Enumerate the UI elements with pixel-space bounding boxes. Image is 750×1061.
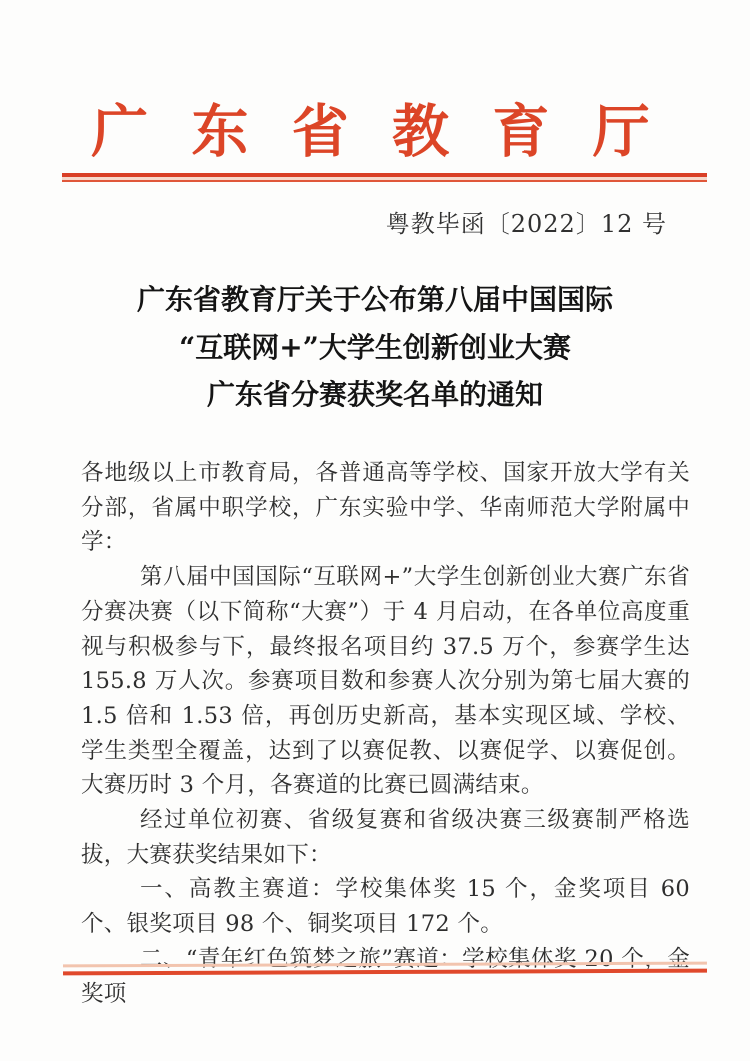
notice-title-line-3: 广东省分赛获奖名单的通知: [0, 371, 750, 419]
body-paragraph-selection: 经过单位初赛、省级复赛和省级决赛三级赛制严格选拔，大赛获奖结果如下：: [81, 803, 690, 872]
letterhead-divider-rule: [62, 173, 707, 182]
recipients-line: 各地级以上市教育局，各普通高等学校、国家开放大学有关分部，省属中职学校，广东实验…: [81, 456, 690, 560]
body-paragraph-track-2-awards: 二、“青年红色筑梦之旅”赛道：学校集体奖 20 个，金奖项: [81, 942, 690, 1011]
body-paragraph-overview: 第八届中国国际“互联网+”大学生创新创业大赛广东省分赛决赛（以下简称“大赛”）于…: [81, 560, 690, 803]
body-paragraph-track-1-awards: 一、高教主赛道：学校集体奖 15 个，金奖项目 60 个、银奖项目 98 个、铜…: [81, 872, 690, 941]
notice-title-line-1: 广东省教育厅关于公布第八届中国国际: [0, 276, 750, 324]
notice-title-line-2: “互联网+”大学生创新创业大赛: [0, 324, 750, 372]
doc-number: 粤教毕函〔2022〕12 号: [386, 204, 667, 239]
notice-body: 各地级以上市教育局，各普通高等学校、国家开放大学有关分部，省属中职学校，广东实验…: [81, 456, 690, 1011]
agency-name: 广东省教育厅: [0, 86, 750, 168]
notice-document-page: 广东省教育厅 粤教毕函〔2022〕12 号 广东省教育厅关于公布第八届中国国际 …: [0, 0, 750, 1061]
notice-title: 广东省教育厅关于公布第八届中国国际 “互联网+”大学生创新创业大赛 广东省分赛获…: [0, 276, 750, 419]
